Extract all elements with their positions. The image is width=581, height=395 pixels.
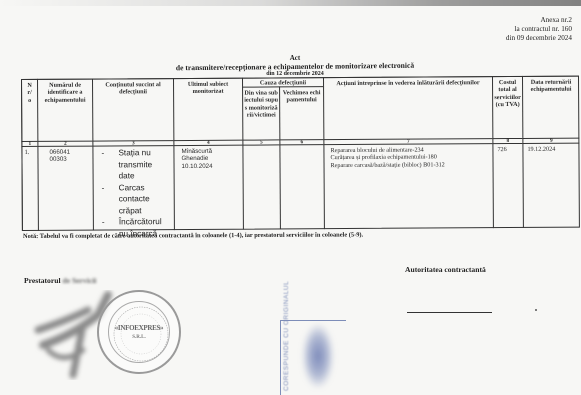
provider-label: Prestatorul (24, 276, 61, 285)
header-defect-content: Conținutul succint al defecțiunii (92, 78, 173, 140)
bullet-dash-icon: - (102, 216, 105, 228)
defect-item: - Carcas contacte crăpat (94, 182, 174, 217)
authority-signature-line (407, 312, 492, 313)
header-cause: Cauza defecțiunii (242, 77, 323, 86)
certified-copy-stamp: CORESPUNDE CU ORIGINALUL (280, 320, 346, 395)
header-nr-line: N (22, 82, 37, 89)
defect-item: - Stația nu transmite date (93, 147, 173, 182)
row-nr: 1. (21, 146, 38, 231)
equipment-id-part: 00303 (49, 156, 92, 164)
annex-contract: la contractul nr. 160 (506, 25, 572, 34)
defect-text: date (119, 170, 174, 182)
bullet-dash-icon: - (102, 182, 105, 194)
action-item: Reparare carcasă/bază/stație (bibloc) B0… (331, 161, 493, 169)
certified-stamp-text: CORESPUNDE CU ORIGINALUL (283, 281, 290, 391)
header-nr-line: o (22, 96, 37, 103)
defects-table: N r/ o Numărul de identificare a echipam… (21, 76, 580, 231)
row-equipment-id: 066041 00303 (37, 146, 93, 231)
header-cost: Costul total al serviciilor (cu TVA) (492, 76, 522, 138)
provider-label-blurred: de Servicii (62, 276, 96, 285)
annex-number: Anexa nr.2 (506, 16, 572, 25)
header-cause-age: Vechimea echipamentului (279, 86, 323, 139)
stamp-ring-text-icon (99, 292, 183, 376)
header-equipment-id: Numărul de identificare a echipamentului (37, 79, 92, 141)
annex-reference: Anexa nr.2 la contractul nr. 160 din 09 … (506, 16, 572, 43)
scan-speck (535, 309, 537, 311)
header-nr: N r/ o (21, 79, 37, 141)
defect-text: contacte (119, 193, 174, 205)
header-last-subject: Ultimul subiect monitorizat (173, 78, 242, 140)
stamp-company-type: S.R.L. (99, 335, 179, 340)
annex-date: din 09 decembrie 2024 (506, 34, 572, 43)
authority-signature-label: Autoritatea contractantă (405, 265, 486, 274)
defect-text: Încărcătorul (119, 216, 174, 228)
header-nr-line: r/ (22, 89, 37, 96)
certified-signature-icon (303, 325, 333, 387)
defect-text: Stația nu (118, 147, 173, 159)
defect-text: Carcas (119, 182, 174, 194)
defect-text: transmite (118, 159, 173, 171)
row-cause-fault (242, 144, 280, 229)
defect-list: - Stația nu transmite date - Carcas cont… (93, 147, 174, 239)
row-cost: 726 (492, 143, 523, 228)
table-note: Notă: Tabelul va fi completat de către a… (23, 232, 363, 240)
row-return-date: 19.12.2024 (522, 143, 580, 228)
header-actions: Acțiuni întreprinse în vederea înlăturăr… (323, 76, 492, 139)
document-title: Act de transmitere/recepționare a echipa… (60, 54, 530, 78)
header-cause-fault: Din vina subiectului supus monitorizării… (242, 86, 279, 139)
bullet-dash-icon: - (101, 147, 104, 159)
row-cause-age (279, 144, 324, 229)
row-defect-content: - Stația nu transmite date - Carcas cont… (92, 145, 174, 230)
company-stamp: «INFOEXPRES» S.R.L. (97, 290, 181, 374)
subject-date: 10.10.2024 (182, 162, 243, 170)
provider-signature-label: Prestatorul de Servicii (24, 276, 96, 285)
row-actions: Repararea blocului de alimentare-234 Cur… (323, 143, 493, 229)
scan-edge-shadow (0, 0, 581, 6)
stamp-company-name: «INFOEXPRES» (99, 324, 179, 332)
row-last-subject: Mînăscurtă Ghenadie 10.10.2024 (173, 145, 243, 230)
defect-text: crăpat (119, 205, 174, 217)
header-return-date: Data returnării echipamentului (522, 76, 579, 138)
